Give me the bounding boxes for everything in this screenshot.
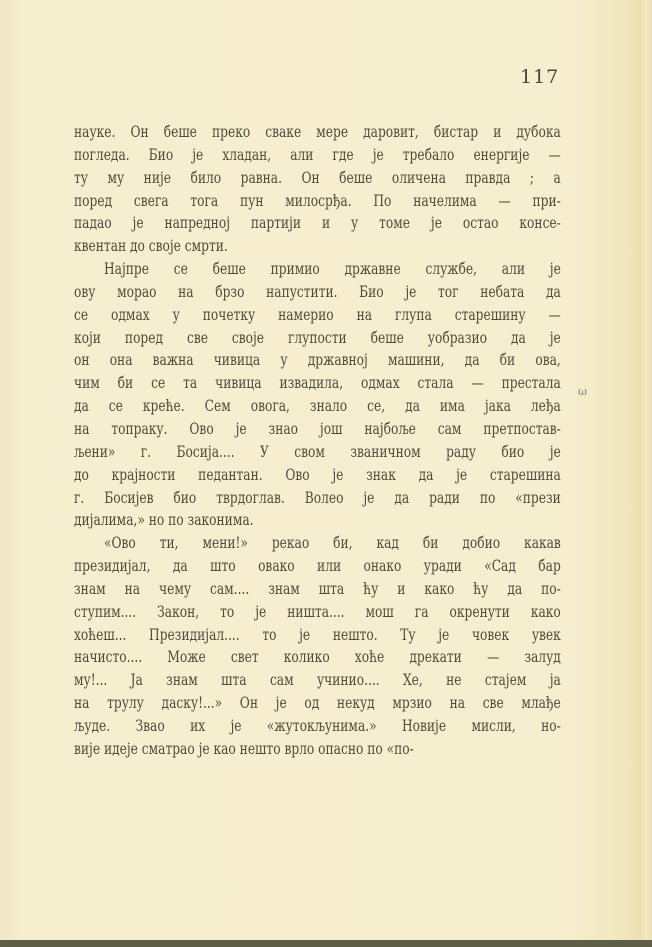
text-line: президијал, да што овако или онако уради…: [74, 555, 561, 578]
text-line-content: квентан до своје смрти.: [74, 235, 561, 258]
text-line-content: ову морао на брзо напустити. Био је тог …: [74, 281, 561, 304]
text-line-content: му!... Ја знам шта сам учинио.... Хе, не…: [74, 669, 561, 692]
text-line-content: президијал, да што овако или онако уради…: [74, 555, 561, 578]
text-line: погледа. Био је хладан, али где је треба…: [74, 144, 561, 167]
text-line-content: ту му није било равна. Он беше оличена п…: [74, 167, 561, 190]
text-line: ову морао на брзо напустити. Био је тог …: [74, 281, 561, 304]
ink-mark: ω: [578, 385, 587, 398]
text-line: поред свега тога пун милосрђа. По начели…: [74, 190, 561, 213]
text-line: начисто.... Може свет колико хоће дрекат…: [74, 646, 561, 669]
text-line: људе. Звао их је «жутокљунима.» Новије м…: [74, 715, 561, 738]
text-line: науке. Он беше преко сваке мере даровит,…: [74, 121, 561, 144]
text-line-content: љени» г. Босија.... У свом званичном рад…: [74, 441, 561, 464]
text-line-content: он она важна чивица у државној машини, д…: [74, 349, 561, 372]
text-line-content: на трулу даску!...» Он је од некуд мрзио…: [74, 692, 561, 715]
paragraph: «Ово ти, мени!» рекао би, кад би добио к…: [74, 532, 561, 760]
text-line: знам на чему сам.... знам шта ћу и како …: [74, 578, 561, 601]
text-line: ступим.... Закон, то је ништа.... мош га…: [74, 601, 561, 624]
text-line-content: начисто.... Може свет колико хоће дрекат…: [74, 646, 561, 669]
text-line: ту му није било равна. Он беше оличена п…: [74, 167, 561, 190]
text-line-content: чим би се та чивица извадила, одмах стал…: [74, 372, 561, 395]
text-line-content: г. Босијев био тврдоглав. Волео је да ра…: [74, 487, 561, 510]
text-line-content: који поред све своје глупости беше уобра…: [74, 327, 561, 350]
text-line-content: поред свега тога пун милосрђа. По начели…: [74, 190, 561, 213]
text-line-content: људе. Звао их је «жутокљунима.» Новије м…: [74, 715, 561, 738]
text-line-content: «Ово ти, мени!» рекао би, кад би добио к…: [104, 532, 561, 555]
text-line: му!... Ја знам шта сам учинио.... Хе, не…: [74, 669, 561, 692]
text-line-content: на топраку. Ово је знао још најбоље сам …: [74, 418, 561, 441]
text-line-content: до крајности педантан. Ово је знак да је…: [74, 464, 561, 487]
text-line: који поред све своје глупости беше уобра…: [74, 327, 561, 350]
text-line: он она важна чивица у државној машини, д…: [74, 349, 561, 372]
text-line: дијалима,» но по законима.: [74, 509, 561, 532]
text-line: хоћеш... Президијал.... то је нешто. Ту …: [74, 624, 561, 647]
text-line-content: погледа. Био је хладан, али где је треба…: [74, 144, 561, 167]
text-line: на трулу даску!...» Он је од некуд мрзио…: [74, 692, 561, 715]
text-line: љени» г. Босија.... У свом званичном рад…: [74, 441, 561, 464]
text-line: до крајности педантан. Ово је знак да је…: [74, 464, 561, 487]
text-line: вије идеје сматрао је као нешто врло опа…: [74, 738, 561, 761]
text-line: се одмах у почетку намерио на глупа стар…: [74, 304, 561, 327]
paragraph: Најпре се беше примио државне службе, ал…: [74, 258, 561, 532]
text-line-content: се одмах у почетку намерио на глупа стар…: [74, 304, 561, 327]
paragraph: науке. Он беше преко сваке мере даровит,…: [74, 121, 561, 258]
text-line-content: да се креће. Сем овога, знало се, да има…: [74, 395, 561, 418]
page-number: 117: [520, 66, 559, 88]
text-line: «Ово ти, мени!» рекао би, кад би добио к…: [74, 532, 561, 555]
text-line-content: падао је напредној партији и у томе је о…: [74, 212, 561, 235]
text-line: Најпре се беше примио државне службе, ал…: [74, 258, 561, 281]
text-line: да се креће. Сем овога, знало се, да има…: [74, 395, 561, 418]
text-line: на топраку. Ово је знао још најбоље сам …: [74, 418, 561, 441]
text-line-content: вије идеје сматрао је као нешто врло опа…: [74, 738, 561, 761]
text-line-content: науке. Он беше преко сваке мере даровит,…: [74, 121, 561, 144]
scan-edge: [0, 940, 652, 947]
text-line: г. Босијев био тврдоглав. Волео је да ра…: [74, 487, 561, 510]
text-line-content: знам на чему сам.... знам шта ћу и како …: [74, 578, 561, 601]
text-line: падао је напредној партији и у томе је о…: [74, 212, 561, 235]
text-line: чим би се та чивица извадила, одмах стал…: [74, 372, 561, 395]
text-line-content: дијалима,» но по законима.: [74, 509, 561, 532]
text-line-content: хоћеш... Президијал.... то је нешто. Ту …: [74, 624, 561, 647]
text-line: квентан до своје смрти.: [74, 235, 561, 258]
text-line-content: ступим.... Закон, то је ништа.... мош га…: [74, 601, 561, 624]
body-text: науке. Он беше преко сваке мере даровит,…: [74, 121, 561, 761]
text-line-content: Најпре се беше примио државне службе, ал…: [104, 258, 561, 281]
book-page: 117 науке. Он беше преко сваке мере даро…: [0, 0, 652, 940]
